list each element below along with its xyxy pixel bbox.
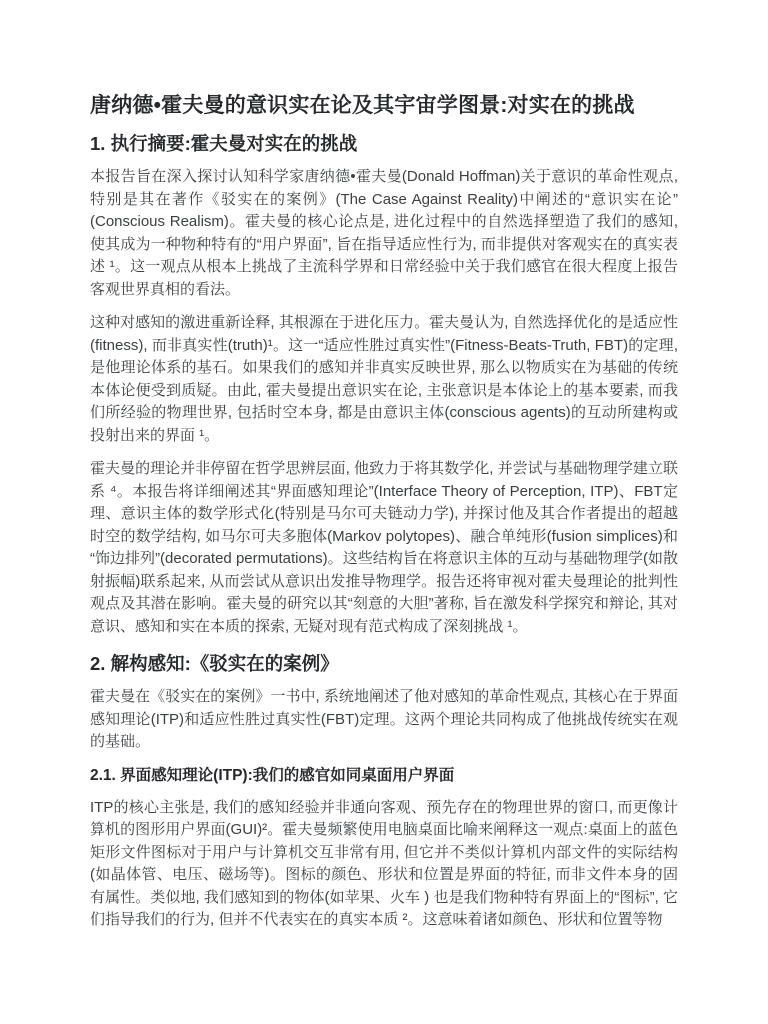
paragraph-case-against-reality: 霍夫曼在《驳实在的案例》一书中, 系统地阐述了他对感知的革命性观点, 其核心在于…: [90, 686, 678, 754]
subsection-heading-itp: 2.1. 界面感知理论(ITP):我们的感官如同桌面用户界面: [90, 765, 678, 786]
document-title: 唐纳德•霍夫曼的意识实在论及其宇宙学图景:对实在的挑战: [90, 92, 678, 120]
paragraph-mathematical-program: 霍夫曼的理论并非停留在哲学思辨层面, 他致力于将其数学化, 并尝试与基础物理学建…: [90, 458, 678, 638]
section-heading-executive-summary: 1. 执行摘要:霍夫曼对实在的挑战: [90, 131, 678, 156]
paragraph-intro: 本报告旨在深入探讨认知科学家唐纳德•霍夫曼(Donald Hoffman)关于意…: [90, 166, 678, 301]
document-page: 唐纳德•霍夫曼的意识实在论及其宇宙学图景:对实在的挑战 1. 执行摘要:霍夫曼对…: [0, 0, 768, 1024]
section-heading-deconstructing-perception: 2. 解构感知:《驳实在的案例》: [90, 651, 678, 676]
paragraph-evolutionary-pressure: 这种对感知的激进重新诠释, 其根源在于进化压力。霍夫曼认为, 自然选择优化的是适…: [90, 312, 678, 447]
paragraph-itp-desktop-metaphor: ITP的核心主张是, 我们的感知经验并非通向客观、预先存在的物理世界的窗口, 而…: [90, 797, 678, 932]
